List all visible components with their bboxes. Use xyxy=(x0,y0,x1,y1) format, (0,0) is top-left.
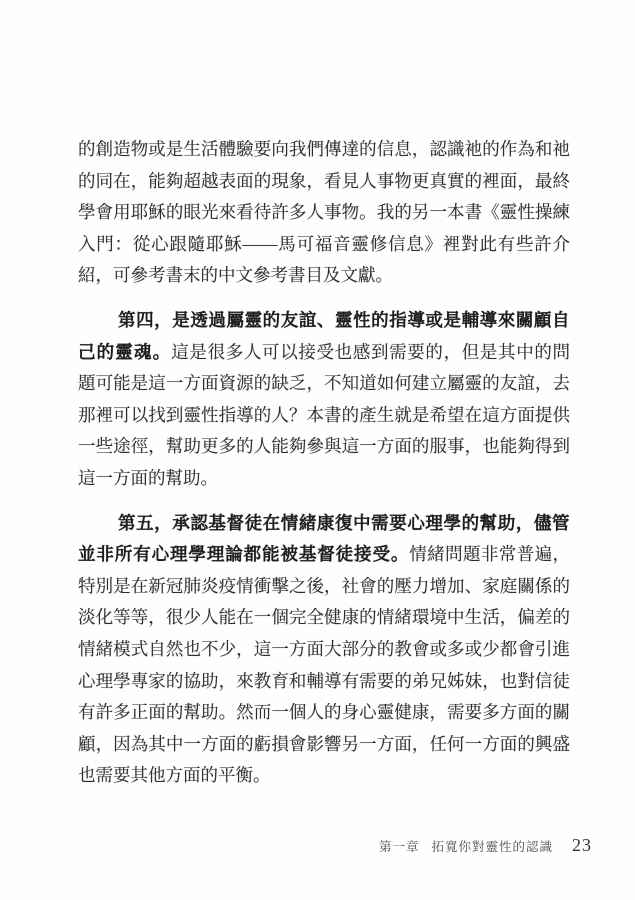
chapter-title: 拓寬你對靈性的認識 xyxy=(431,837,553,855)
paragraph-point-five: 第五，承認基督徒在情緒康復中需要心理學的幫助，儘管並非所有心理學理論都能被基督徒… xyxy=(78,508,570,792)
paragraph-body-text: 的創造物或是生活體驗要向我們傳達的信息，認識祂的作為和祂的同在，能夠超越表面的現… xyxy=(78,139,570,285)
paragraph-body-text: 情緒問題非常普遍，特別是在新冠肺炎疫情衝擊之後，社會的壓力增加、家庭關係的淡化等… xyxy=(78,544,570,785)
page-footer: 第一章 拓寬你對靈性的認識 23 xyxy=(379,835,592,856)
body-text-block: 的創造物或是生活體驗要向我們傳達的信息，認識祂的作為和祂的同在，能夠超越表面的現… xyxy=(78,134,570,792)
paragraph-body-text: 這是很多人可以接受也感到需要的，但是其中的問題可能是這一方面資源的缺乏，不知道如… xyxy=(78,342,570,488)
chapter-label: 第一章 xyxy=(379,837,420,855)
paragraph-point-four: 第四，是透過屬靈的友誼、靈性的指導或是輔導來關顧自己的靈魂。這是很多人可以接受也… xyxy=(78,305,570,495)
book-page: 的創造物或是生活體驗要向我們傳達的信息，認識祂的作為和祂的同在，能夠超越表面的現… xyxy=(0,0,635,900)
page-number: 23 xyxy=(572,835,592,856)
paragraph-continued: 的創造物或是生活體驗要向我們傳達的信息，認識祂的作為和祂的同在，能夠超越表面的現… xyxy=(78,134,570,292)
